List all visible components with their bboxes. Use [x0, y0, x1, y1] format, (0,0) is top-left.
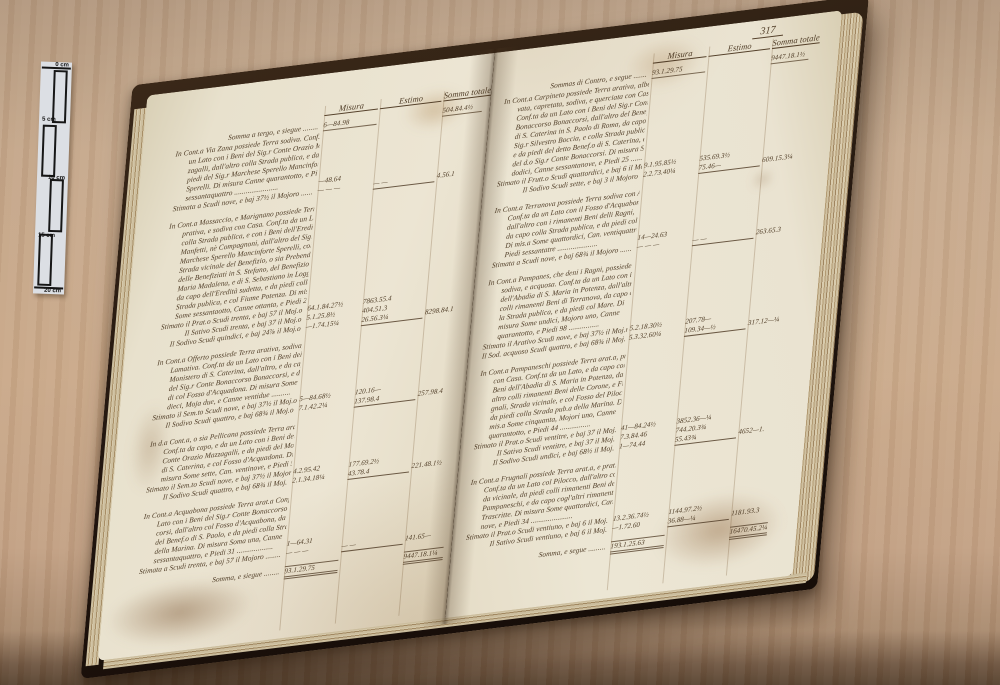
header-estimo: Estimo [380, 92, 442, 110]
open-pages: Misura Estimo Somma totale Somma a tergo… [98, 10, 842, 661]
ruler-label-10cm: 10 cm [48, 175, 65, 182]
sum-totale: 16470.45.2¼ [729, 522, 768, 540]
right-page: 317 Misura Estimo Somma totale Sommas di… [445, 10, 842, 618]
right-page-entries: In Cont.a Carpineto possiede Terra arati… [465, 60, 809, 553]
photo-of-ledger: 0 cm 5 cm 10 cm 15 cm 20 cm Misura Estim… [0, 0, 1000, 685]
sum-estimo [665, 527, 728, 548]
header-misura: Misura [324, 99, 378, 116]
left-page-entries: In Cont.a Via Zana possiede Terra sodiva… [139, 112, 482, 577]
sum-totale: 9447.18.1¼ [403, 547, 444, 565]
sum-misura: 193.1.25.63 [610, 535, 665, 555]
ruler-segment-10-15 [35, 177, 68, 233]
right-page-content: 317 Misura Estimo Somma totale Sommas di… [460, 34, 811, 608]
ruler-label-15cm: 15 cm [38, 233, 55, 240]
ruler-label-5cm: 5 cm [42, 117, 56, 123]
ruler-box [37, 233, 53, 286]
ruler-label-0cm: 0 cm [55, 62, 69, 68]
ruler-segment-5-10 [37, 123, 70, 179]
ruler-box [48, 179, 64, 232]
header-somma-totale: Somma totale [443, 86, 491, 102]
ruler-box [52, 70, 68, 123]
sum-misura: 93.1.29.75 [284, 560, 339, 580]
scale-ruler: 0 cm 5 cm 10 cm 15 cm 20 cm [33, 62, 72, 295]
ruler-segment-15-20 [33, 232, 66, 288]
ruler-box [41, 124, 57, 177]
header-misura: Misura [653, 47, 707, 64]
header-estimo: Estimo [708, 39, 770, 57]
left-page: Misura Estimo Somma totale Somma a tergo… [98, 53, 495, 661]
open-manuscript-book: Misura Estimo Somma totale Somma a tergo… [98, 10, 842, 661]
left-page-content: Misura Estimo Somma totale Somma a tergo… [132, 86, 484, 648]
sum-estimo [339, 552, 402, 573]
